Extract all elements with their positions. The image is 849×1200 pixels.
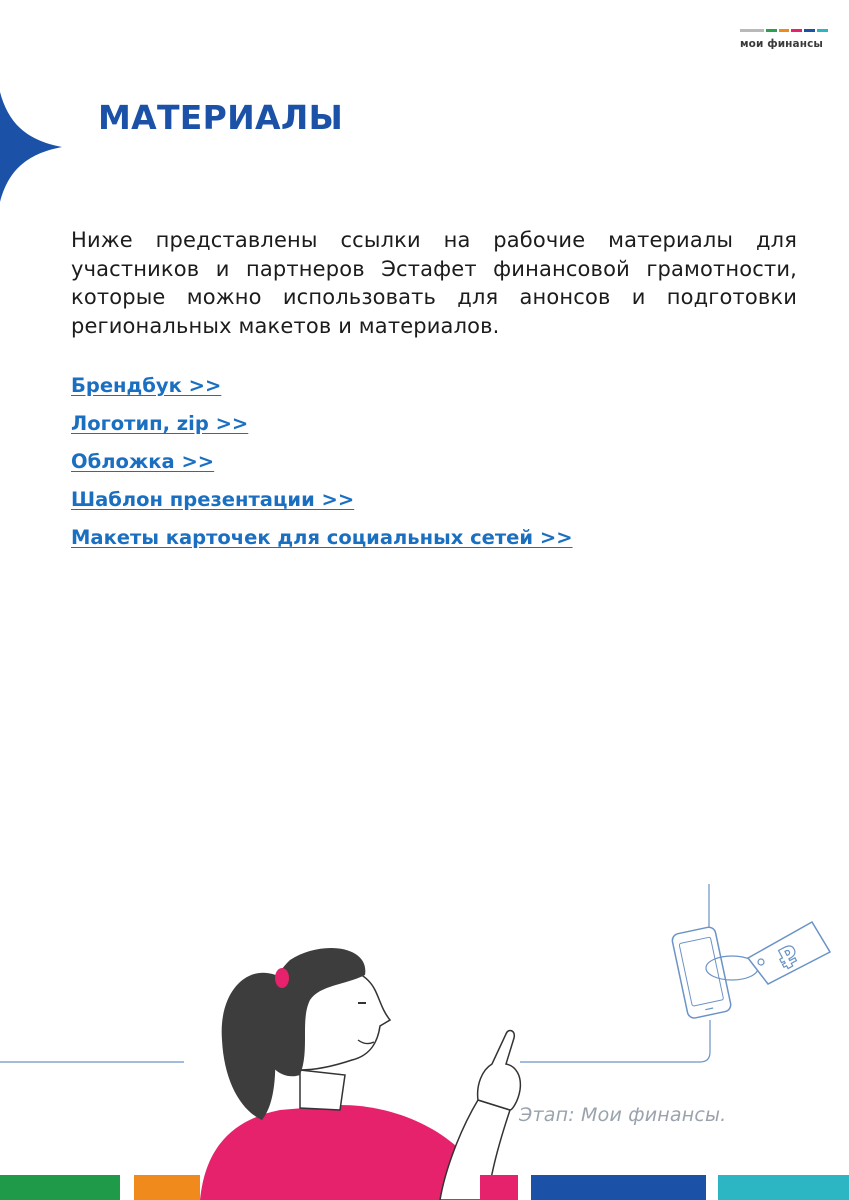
footer-bar-teal: [718, 1175, 849, 1200]
phone-icon: [671, 926, 732, 1019]
footer-bar-green: [0, 1175, 120, 1200]
footer-bar-blue: [531, 1175, 706, 1200]
intro-paragraph: Ниже представлены ссылки на рабочие мате…: [71, 226, 797, 340]
materials-links: Брендбук >> Логотип, zip >> Обложка >> Ш…: [71, 373, 573, 563]
link-social-cards[interactable]: Макеты карточек для социальных сетей >>: [71, 525, 573, 563]
footer-bar-orange: [134, 1175, 200, 1200]
page-title: МАТЕРИАЛЫ: [98, 98, 343, 137]
logo-stripes: [740, 29, 828, 32]
logo-stripe-blue: [804, 29, 815, 32]
logo-stripe-pink: [791, 29, 802, 32]
link-presentation-template[interactable]: Шаблон презентации >>: [71, 487, 573, 525]
illustration-caption: Этап: Мои финансы.: [519, 1104, 726, 1126]
link-brandbook[interactable]: Брендбук >>: [71, 373, 573, 411]
link-cover[interactable]: Обложка >>: [71, 449, 573, 487]
girl-pointing-illustration: ₽: [0, 870, 849, 1200]
logo-stripe-gray: [740, 29, 764, 32]
price-tag-icon: ₽: [748, 922, 830, 984]
logo-stripe-teal: [817, 29, 828, 32]
footer-color-bars: [0, 1175, 849, 1200]
logo-text: мои финансы: [740, 38, 828, 50]
logo-stripe-orange: [779, 29, 790, 32]
logo-stripe-green: [766, 29, 777, 32]
link-logo-zip[interactable]: Логотип, zip >>: [71, 411, 573, 449]
footer-bar-pink: [480, 1175, 518, 1200]
corner-arrow-shape: [0, 92, 62, 202]
brand-logo: мои финансы: [740, 29, 828, 50]
